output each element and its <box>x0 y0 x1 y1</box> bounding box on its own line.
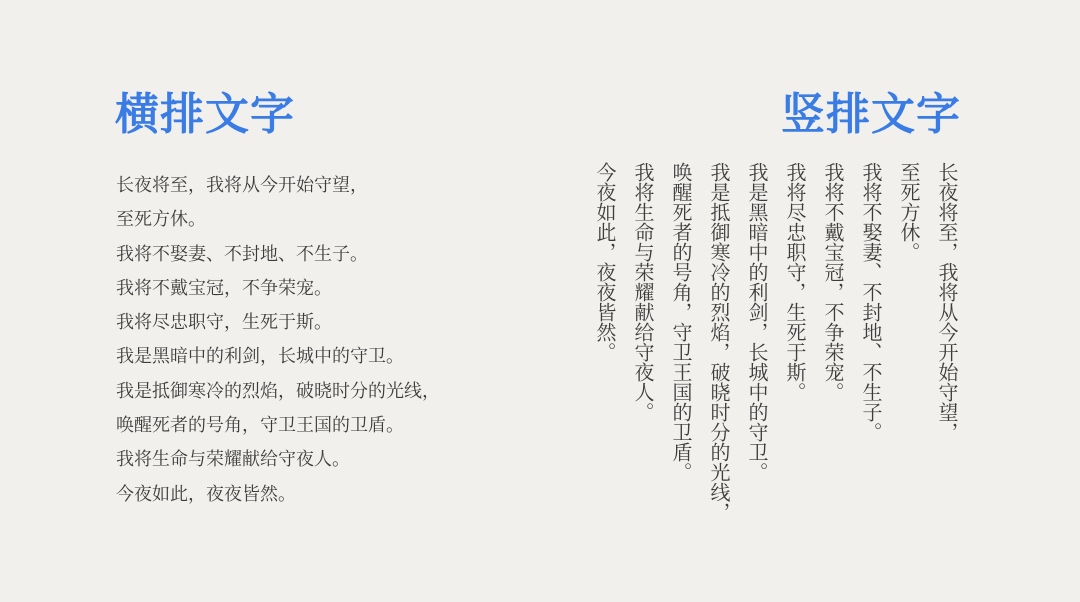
vertical-line: 我将尽忠职守，生死于斯。 <box>776 162 814 562</box>
horizontal-text-block: 长夜将至，我将从今开始守望， 至死方休。 我将不娶妻、不封地、不生子。 我将不戴… <box>116 169 440 512</box>
horizontal-line: 我将尽忠职守，生死于斯。 <box>116 306 440 340</box>
vertical-line: 我将不娶妻、不封地、不生子。 <box>852 162 890 562</box>
horizontal-line: 我是黑暗中的利剑，长城中的守卫。 <box>116 340 440 374</box>
horizontal-title: 横排文字 <box>115 93 295 137</box>
vertical-line: 我是黑暗中的利剑，长城中的守卫。 <box>738 162 776 562</box>
vertical-line: 唤醒死者的号角，守卫王国的卫盾。 <box>662 162 700 562</box>
horizontal-line: 我将不戴宝冠，不争荣宠。 <box>116 272 440 306</box>
vertical-line: 今夜如此，夜夜皆然。 <box>586 162 624 562</box>
horizontal-line: 我将不娶妻、不封地、不生子。 <box>116 238 440 272</box>
vertical-title: 竖排文字 <box>781 93 961 137</box>
horizontal-line: 今夜如此，夜夜皆然。 <box>116 478 440 512</box>
vertical-line: 我是抵御寒冷的烈焰，破晓时分的光线， <box>700 162 738 562</box>
vertical-line: 我将不戴宝冠，不争荣宠。 <box>814 162 852 562</box>
vertical-text-block: 长夜将至，我将从今开始守望， 至死方休。 我将不娶妻、不封地、不生子。 我将不戴… <box>586 162 966 562</box>
horizontal-line: 至死方休。 <box>116 203 440 237</box>
horizontal-line: 我将生命与荣耀献给守夜人。 <box>116 443 440 477</box>
horizontal-line: 唤醒死者的号角，守卫王国的卫盾。 <box>116 409 440 443</box>
vertical-line: 长夜将至，我将从今开始守望， <box>928 162 966 562</box>
horizontal-line: 长夜将至，我将从今开始守望， <box>116 169 440 203</box>
vertical-line: 至死方休。 <box>890 162 928 562</box>
vertical-line: 我将生命与荣耀献给守夜人。 <box>624 162 662 562</box>
horizontal-line: 我是抵御寒冷的烈焰，破晓时分的光线， <box>116 375 440 409</box>
